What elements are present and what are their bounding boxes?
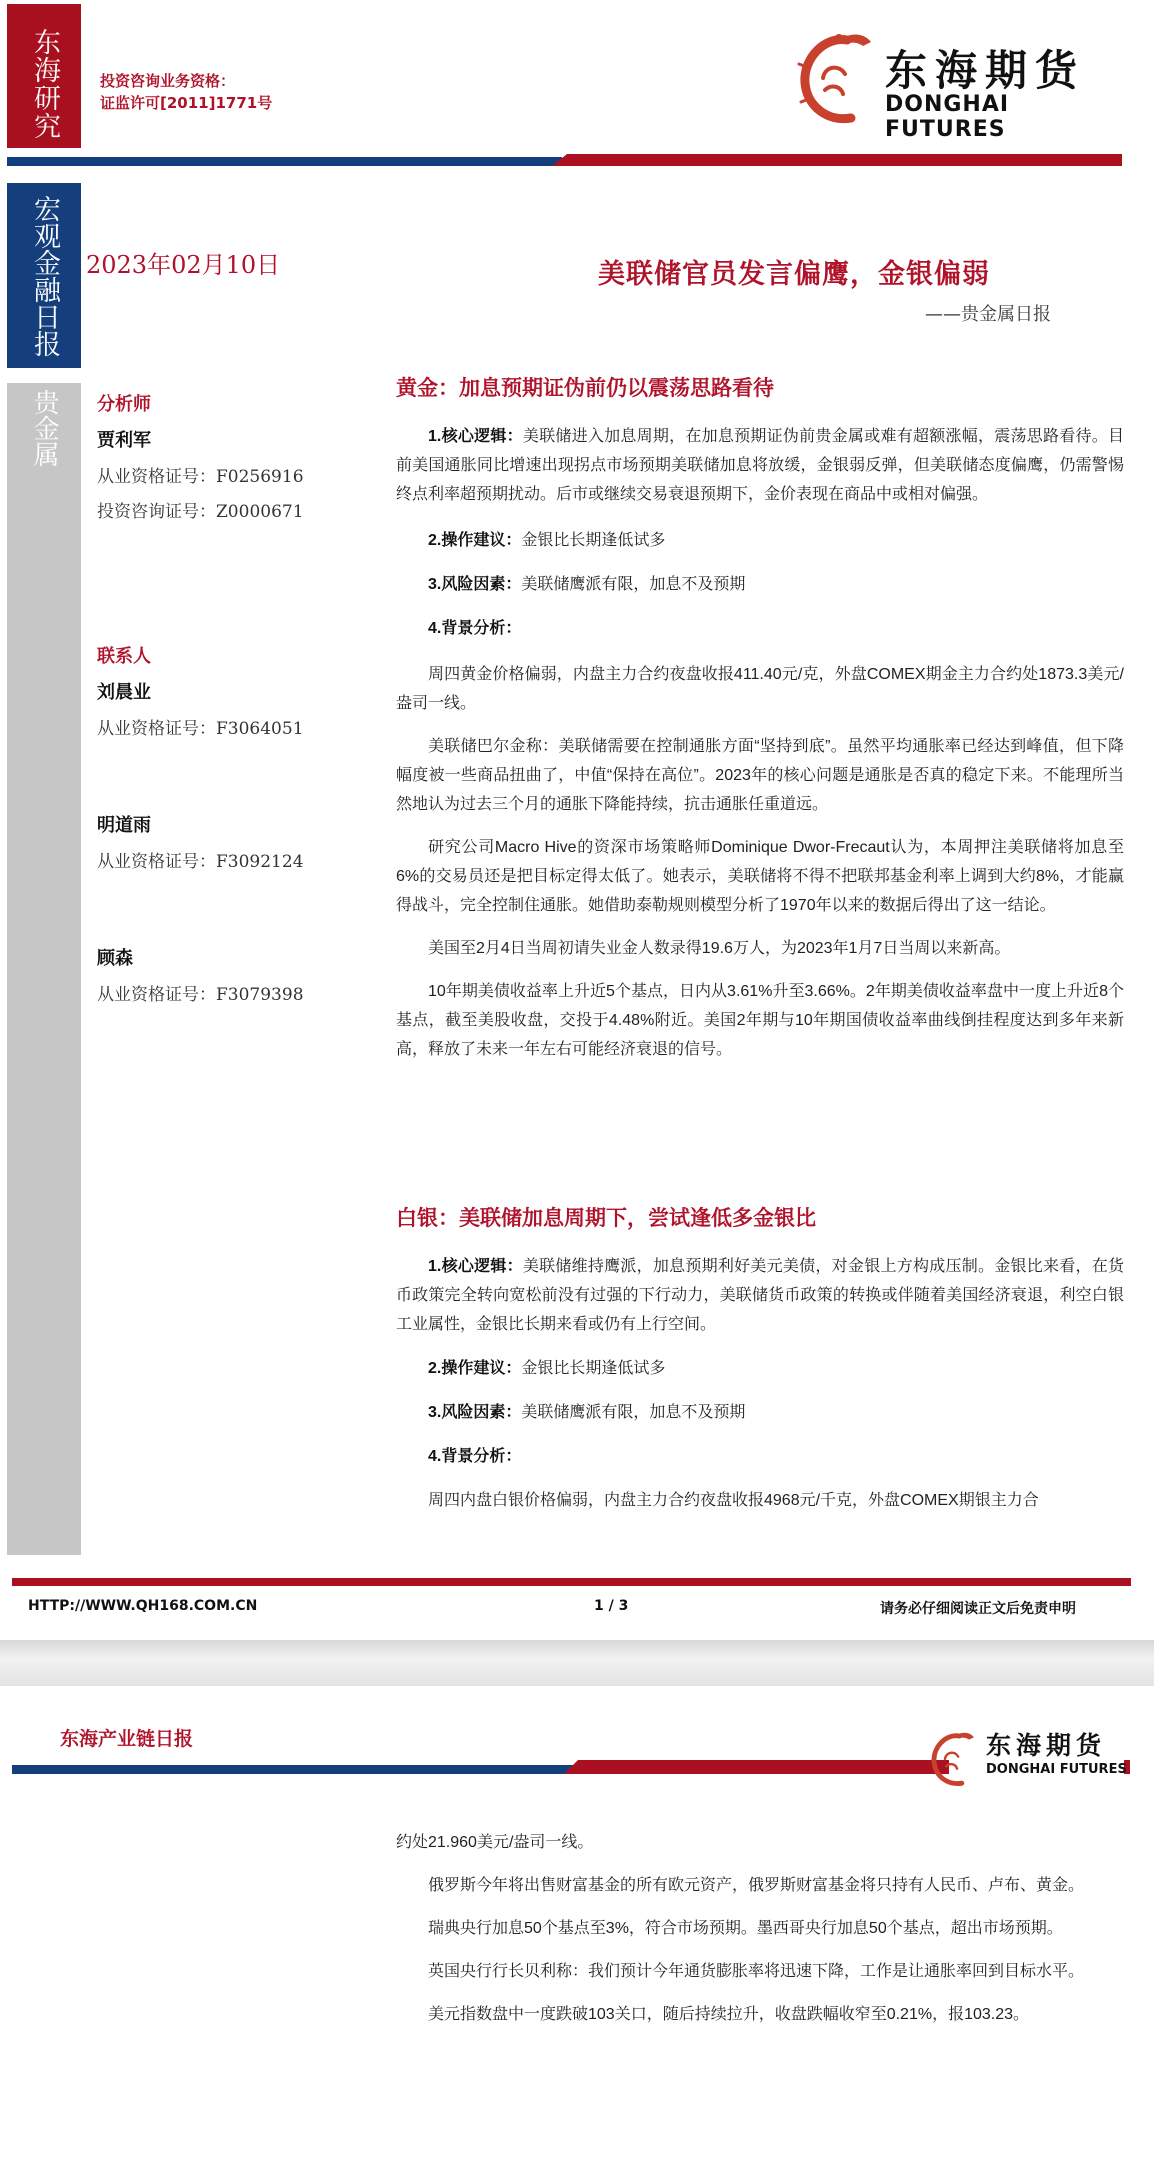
page-separator <box>0 1640 1154 1686</box>
dragon-logo-icon <box>928 1724 980 1794</box>
contact-name: 刘晨业 <box>97 678 377 704</box>
footer-disclaimer: 请务必仔细阅读正文后免责申明 <box>880 1598 1076 1618</box>
silver-risk-text: 美联储鹰派有限，加息不及预期 <box>521 1404 745 1421</box>
page2-content: 约处21.960美元/盎司一线。 俄罗斯今年将出售财富基金的所有欧元资产，俄罗斯… <box>396 1828 1124 2029</box>
silver-heading: 白银：美联储加息周期下，尝试逢低多金银比 <box>396 1202 1124 1232</box>
page2-divider-blue <box>12 1765 577 1774</box>
gold-section: 黄金：加息预期证伪前仍以震荡思路看待 1.核心逻辑：美联储进入加息周期，在加息预… <box>396 372 1124 1064</box>
gold-bg-paragraph: 周四黄金价格偏弱，内盘主力合约夜盘收报411.40元/克，外盘COMEX期金主力… <box>396 660 1124 718</box>
analyst-cert-1: 从业资格证号：F0256916 <box>97 462 377 487</box>
contact-name: 顾森 <box>97 944 377 970</box>
silver-core-logic: 1.核心逻辑：美联储维持鹰派，加息预期利好美元美债，对金银上方构成压制。金银比来… <box>396 1252 1124 1339</box>
contact-cert: 从业资格证号：F3092124 <box>97 847 377 872</box>
license-line-1: 投资咨询业务资格： <box>100 70 272 92</box>
contact-cert: 从业资格证号：F3079398 <box>97 980 377 1005</box>
news-paragraph: 瑞典央行加息50个基点至3%，符合市场预期。墨西哥央行加息50个基点，超出市场预… <box>396 1914 1124 1943</box>
gold-bg-paragraph: 10年期美债收益率上升近5个基点，日内从3.61%升至3.66%。2年期美债收益… <box>396 977 1124 1064</box>
gold-risk-label: 3.风险因素： <box>428 576 521 593</box>
silver-background: 4.背景分析： <box>396 1442 1124 1471</box>
logo-english-name: DONGHAI FUTURES <box>885 92 1125 142</box>
analyst-info: 分析师 贾利军 从业资格证号：F0256916 投资咨询证号：Z0000671 … <box>97 390 377 1005</box>
silver-risk: 3.风险因素：美联储鹰派有限，加息不及预期 <box>396 1398 1124 1427</box>
donghai-futures-logo: 东海期货 DONGHAI FUTURES <box>795 28 1125 128</box>
news-paragraph: 俄罗斯今年将出售财富基金的所有欧元资产，俄罗斯财富基金将只持有人民币、卢布、黄金… <box>396 1871 1124 1900</box>
page2-header-title: 东海产业链日报 <box>60 1724 193 1751</box>
page2-divider-red <box>564 1760 949 1774</box>
gold-operation: 2.操作建议：金银比长期逢低试多 <box>396 526 1124 555</box>
silver-bg-continuation: 约处21.960美元/盎司一线。 <box>396 1828 1124 1857</box>
header-divider-red <box>552 154 1122 166</box>
news-paragraph: 英国央行行长贝利称：我们预计今年通货膨胀率将迅速下降，工作是让通胀率回到目标水平… <box>396 1957 1124 1986</box>
report-subtitle: ——贵金属日报 <box>925 300 1051 326</box>
contact-name: 明道雨 <box>97 811 377 837</box>
gold-bg-label: 4.背景分析： <box>428 620 521 637</box>
report-type-block: 宏观金融日报 <box>7 183 81 368</box>
logo-chinese-name: 东海期货 <box>885 38 1085 98</box>
gold-core-label: 1.核心逻辑： <box>428 428 523 445</box>
silver-risk-label: 3.风险因素： <box>428 1404 521 1421</box>
news-paragraph: 美元指数盘中一度跌破103关口，随后持续拉升，收盘跌幅收窄至0.21%，报103… <box>396 2000 1124 2029</box>
silver-operation: 2.操作建议：金银比长期逢低试多 <box>396 1354 1124 1383</box>
report-date: 2023年02月10日 <box>86 245 280 280</box>
silver-bg-label: 4.背景分析： <box>428 1448 521 1465</box>
logo-chinese-name: 东海期货 <box>986 1726 1106 1762</box>
page-number: 1 / 3 <box>594 1598 628 1614</box>
gold-background: 4.背景分析： <box>396 614 1124 643</box>
footer-divider <box>12 1578 1131 1586</box>
gold-risk-text: 美联储鹰派有限，加息不及预期 <box>521 576 745 593</box>
brand-block-donghai-research: 东海研究 <box>7 4 81 148</box>
dragon-logo-icon <box>795 28 881 128</box>
gold-op-label: 2.操作建议： <box>428 532 521 549</box>
silver-bg-paragraph: 周四内盘白银价格偏弱，内盘主力合约夜盘收报4968元/千克，外盘COMEX期银主… <box>396 1486 1124 1515</box>
gold-core-logic: 1.核心逻辑：美联储进入加息周期，在加息预期证伪前贵金属或难有超额涨幅，震荡思路… <box>396 422 1124 509</box>
silver-core-label: 1.核心逻辑： <box>428 1258 523 1275</box>
header-divider-blue <box>7 157 562 166</box>
gold-op-text: 金银比长期逢低试多 <box>521 532 665 549</box>
gold-bg-paragraph: 美国至2月4日当周初请失业金人数录得19.6万人，为2023年1月7日当周以来新… <box>396 934 1124 963</box>
category-sidebar: 贵金属 <box>7 383 81 1555</box>
contact-heading: 联系人 <box>97 642 377 668</box>
analyst-cert-2: 投资咨询证号：Z0000671 <box>97 497 377 522</box>
logo-english-name: DONGHAI FUTURES <box>986 1762 1127 1777</box>
contact-cert: 从业资格证号：F3064051 <box>97 714 377 739</box>
gold-risk: 3.风险因素：美联储鹰派有限，加息不及预期 <box>396 570 1124 599</box>
gold-bg-paragraph: 研究公司Macro Hive的资深市场策略师Dominique Dwor-Fre… <box>396 833 1124 920</box>
license-line-2: 证监许可[2011]1771号 <box>100 92 272 114</box>
analyst-heading: 分析师 <box>97 390 377 416</box>
silver-op-label: 2.操作建议： <box>428 1360 521 1377</box>
report-page-2: 东海产业链日报 东海期货 DONGHAI FUTURES 约处21.960美元/… <box>0 1686 1154 2176</box>
report-title: 美联储官员发言偏鹰，金银偏弱 <box>598 252 990 291</box>
silver-op-text: 金银比长期逢低试多 <box>521 1360 665 1377</box>
page2-donghai-logo: 东海期货 DONGHAI FUTURES <box>928 1724 1128 1796</box>
silver-section: 白银：美联储加息周期下，尝试逢低多金银比 1.核心逻辑：美联储维持鹰派，加息预期… <box>396 1202 1124 1515</box>
gold-heading: 黄金：加息预期证伪前仍以震荡思路看待 <box>396 372 1124 402</box>
analyst-name: 贾利军 <box>97 426 377 452</box>
gold-bg-paragraph: 美联储巴尔金称：美联储需要在控制通胀方面“坚持到底”。虽然平均通胀率已经达到峰值… <box>396 732 1124 819</box>
footer-website-link[interactable]: HTTP://WWW.QH168.COM.CN <box>28 1598 257 1614</box>
report-page-1: 东海研究 投资咨询业务资格： 证监许可[2011]1771号 东海期货 DONG… <box>0 0 1154 1640</box>
license-info: 投资咨询业务资格： 证监许可[2011]1771号 <box>100 70 272 114</box>
